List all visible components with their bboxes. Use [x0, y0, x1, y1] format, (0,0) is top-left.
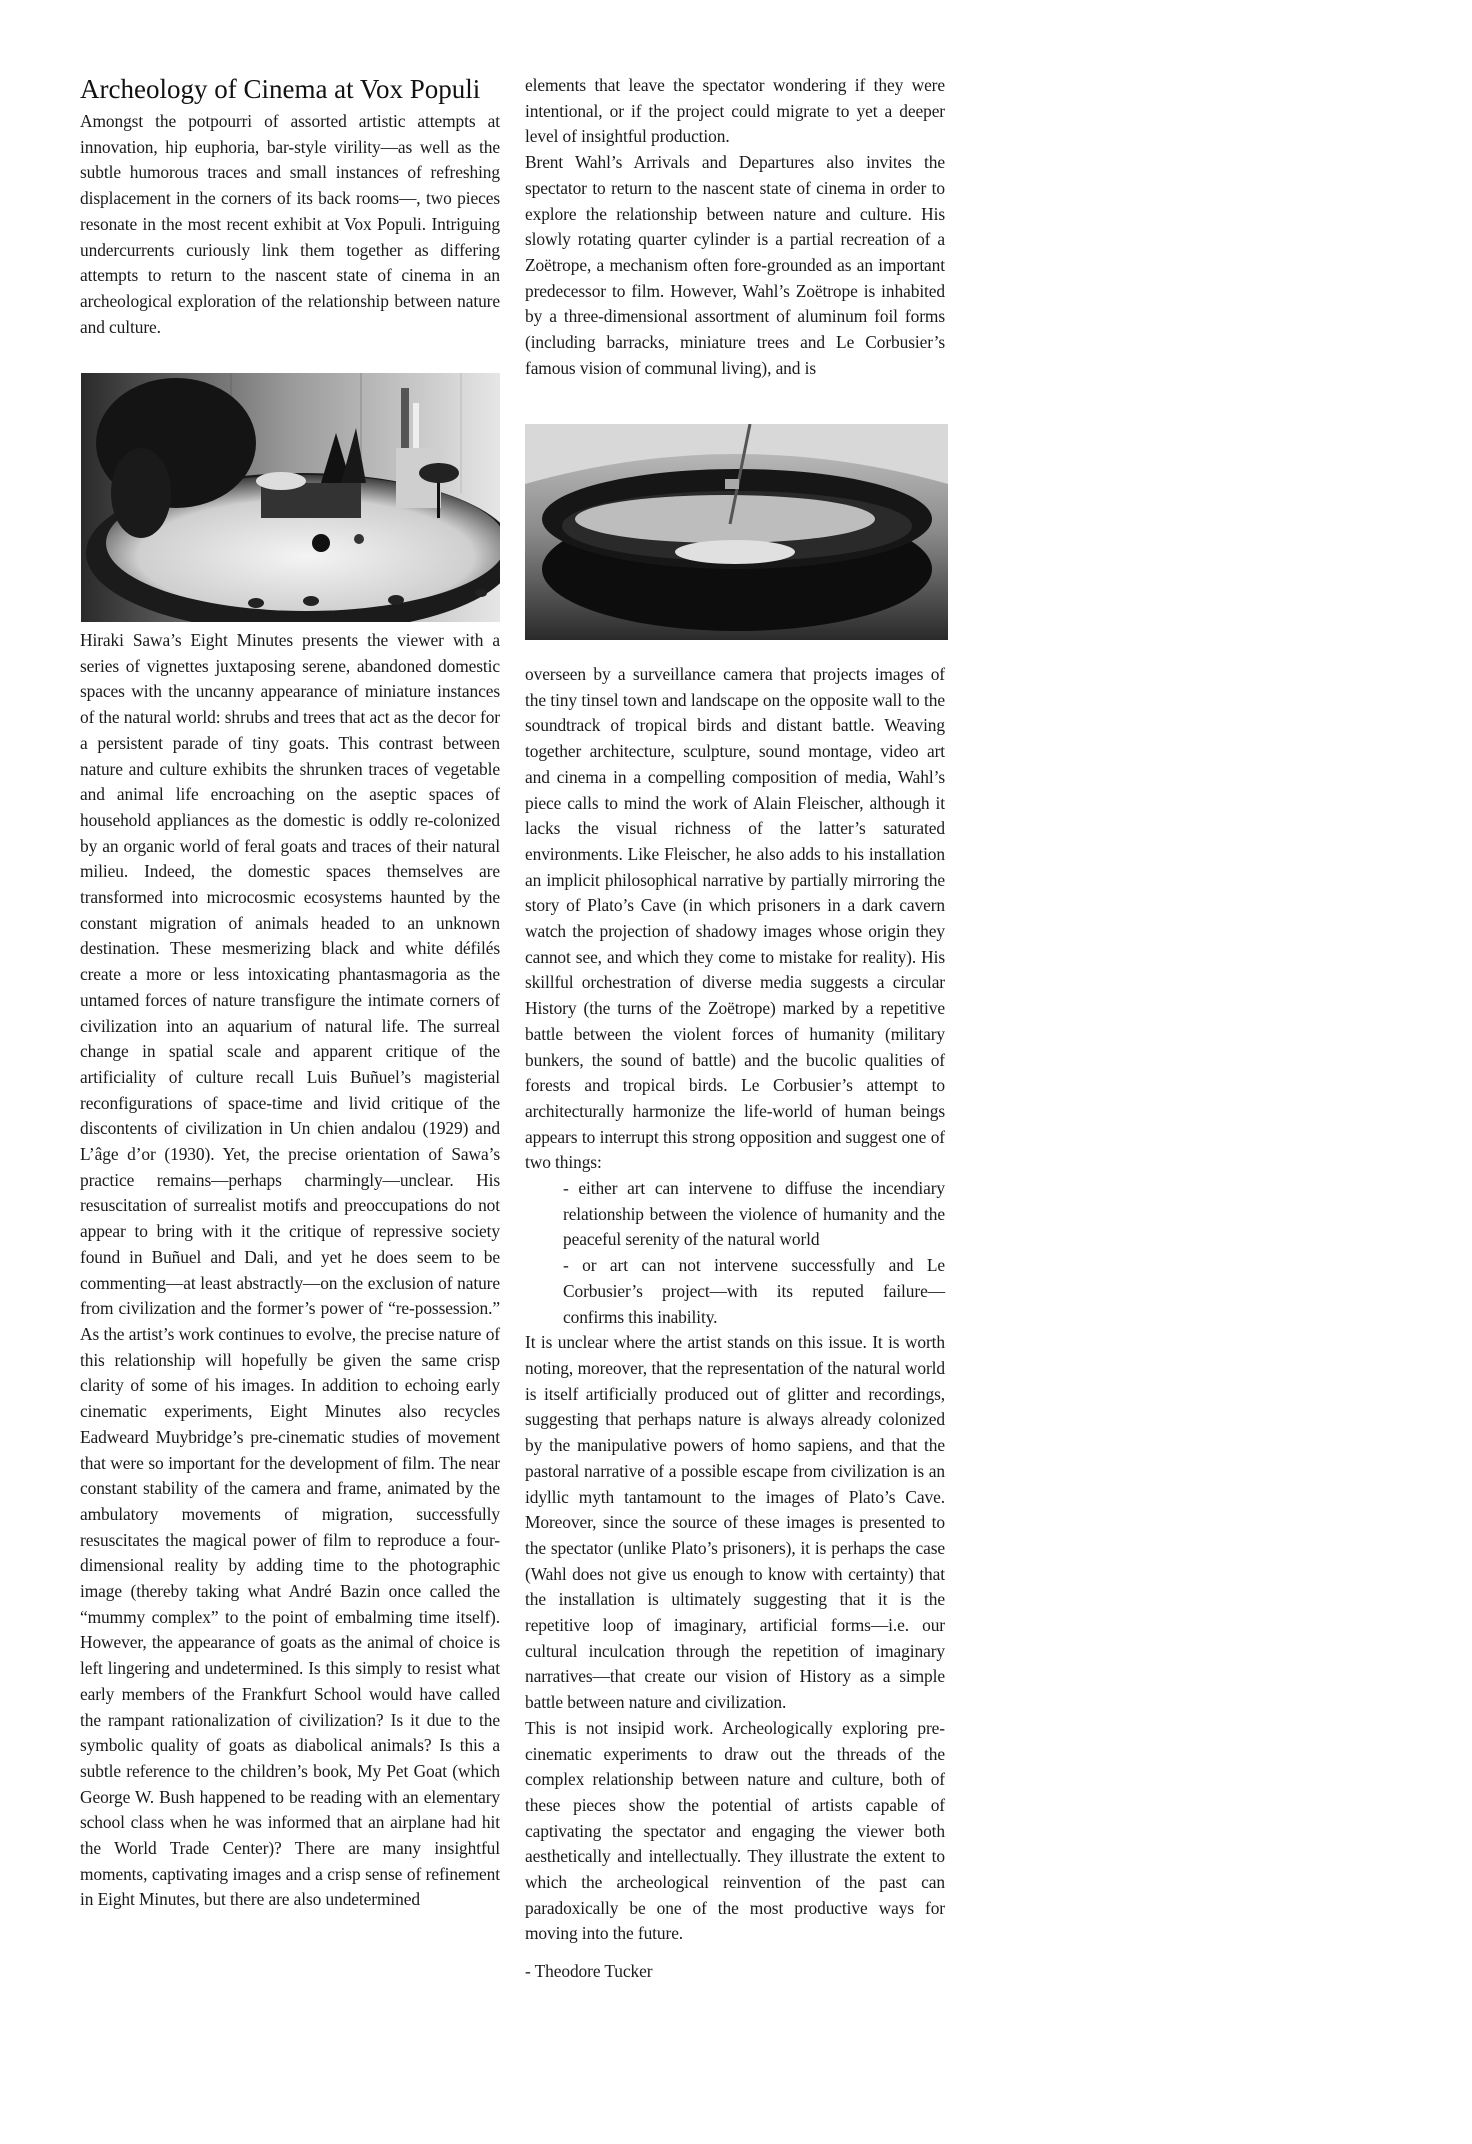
author-signature: - Theodore Tucker: [525, 1959, 945, 1985]
right-column-body: overseen by a surveillance camera that p…: [525, 662, 945, 1985]
unclear-paragraph: It is unclear where the artist stands on…: [525, 1330, 945, 1716]
right-column-top: elements that leave the spectator wonder…: [525, 73, 945, 381]
intro-paragraph: Amongst the potpourri of assorted artist…: [80, 109, 500, 340]
sink-image-icon: [81, 373, 500, 622]
left-column-top: Archeology of Cinema at Vox Populi Among…: [80, 72, 500, 340]
wahl-paragraph-a: Brent Wahl’s Arrivals and Departures als…: [525, 150, 945, 381]
left-column-body: Hiraki Sawa’s Eight Minutes presents the…: [80, 628, 500, 1913]
photo-arrivals-departures: [525, 424, 948, 640]
option-list-item: - either art can intervene to diffuse th…: [525, 1176, 945, 1253]
sawa-paragraph: Hiraki Sawa’s Eight Minutes presents the…: [80, 628, 500, 1913]
conclusion-paragraph: This is not insipid work. Archeologicall…: [525, 1716, 945, 1947]
article-title: Archeology of Cinema at Vox Populi: [80, 72, 500, 106]
zoetrope-image-icon: [525, 424, 948, 640]
option-list-item: - or art can not intervene successfully …: [525, 1253, 945, 1330]
wahl-paragraph-b: overseen by a surveillance camera that p…: [525, 662, 945, 1176]
photo-eight-minutes: [81, 373, 500, 622]
sawa-continued-paragraph: elements that leave the spectator wonder…: [525, 73, 945, 150]
